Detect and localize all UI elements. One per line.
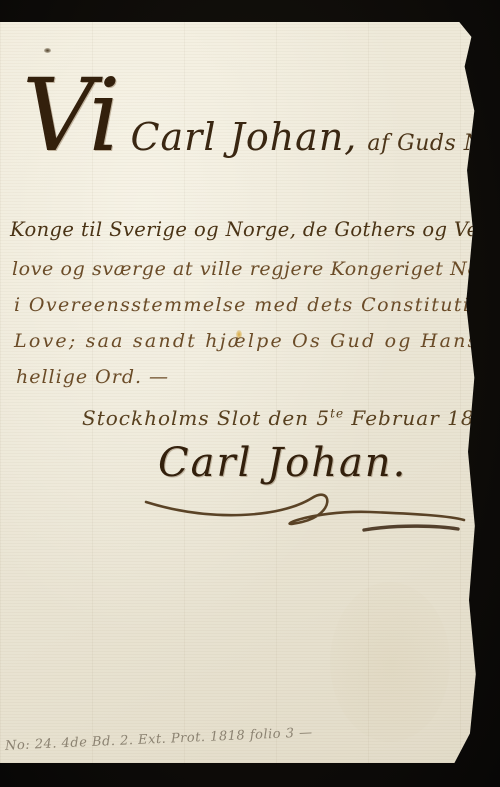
paper-stain xyxy=(330,582,450,742)
archival-note: No: 24. 4de Bd. 2. Ext. Prot. 1818 folio… xyxy=(5,725,313,753)
by-grace-of-god-phrase: af Guds Naade, xyxy=(367,133,500,155)
oath-line: love og sværge at ville regjere Kongerig… xyxy=(12,258,500,280)
date-line: Stockholms Slot den 5te Februar 1818. — xyxy=(82,406,500,430)
oath-line: i Overeensstemmelse med dets Constitutio… xyxy=(14,294,500,316)
oath-line: hellige Ord. — xyxy=(16,366,169,388)
date-line-prefix: Stockholms Slot den 5 xyxy=(82,406,330,430)
oath-line: Love; saa sandt hjælpe Os Gud og Hans xyxy=(14,330,480,352)
royal-pronoun: Vi xyxy=(22,66,116,166)
photo-background: Vi Carl Johan, af Guds Naade, Konge til … xyxy=(0,0,500,787)
royal-title-line: Konge til Sverige og Norge, de Gothers o… xyxy=(10,218,500,241)
date-line-suffix: Februar 1818. — xyxy=(344,406,500,430)
royal-name: Carl Johan, xyxy=(130,118,357,156)
ink-speck xyxy=(44,48,51,53)
royal-heading: Vi Carl Johan, af Guds Naade, xyxy=(22,66,500,166)
ordinal-superscript: te xyxy=(330,406,344,420)
signature-flourish xyxy=(140,480,470,540)
manuscript-page: Vi Carl Johan, af Guds Naade, Konge til … xyxy=(0,22,486,763)
